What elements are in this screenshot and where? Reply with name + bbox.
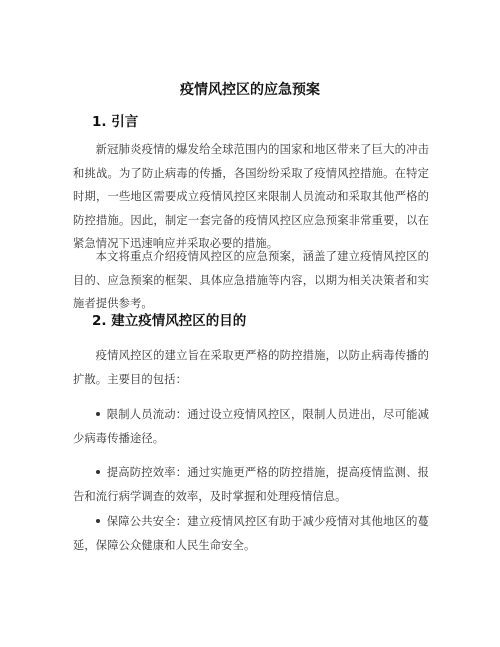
document-title: 疫情风控区的应急预案: [0, 79, 500, 99]
document-page: 疫情风控区的应急预案 1. 引言 新冠肺炎疫情的爆发给全球范围内的国家和地区带来…: [0, 0, 500, 647]
bullet-item: 限制人员流动：通过设立疫情风控区，限制人员进出，尽可能减少病毒传播途径。: [73, 403, 429, 450]
section-heading-introduction: 1. 引言: [92, 110, 138, 130]
bullet-item: 保障公共安全：建立疫情风控区有助于减少疫情对其他地区的蔓延，保障公众健康和人民生…: [73, 510, 429, 557]
bullet-text: 限制人员流动：通过设立疫情风控区，限制人员进出，尽可能减少病毒传播途径。: [73, 408, 429, 445]
bullet-icon: [96, 412, 100, 416]
bullet-icon: [96, 470, 100, 474]
paragraph-purpose: 疫情风控区的建立旨在采取更严格的防控措施，以防止病毒传播的扩散。主要目的包括：: [73, 344, 429, 391]
bullet-text: 提高防控效率：通过实施更严格的防控措施，提高疫情监测、报告和流行病学调查的效率，…: [73, 466, 429, 503]
section-heading-purpose: 2. 建立疫情风控区的目的: [92, 309, 246, 329]
bullet-item: 提高防控效率：通过实施更严格的防控措施，提高疫情监测、报告和流行病学调查的效率，…: [73, 461, 429, 508]
bullet-icon: [96, 519, 100, 523]
paragraph-intro-2: 本文将重点介绍疫情风控区的应急预案，涵盖了建立疫情风控区的目的、应急预案的框架、…: [73, 245, 429, 316]
paragraph-intro-1: 新冠肺炎疫情的爆发给全球范围内的国家和地区带来了巨大的冲击和挑战。为了防止病毒的…: [73, 138, 429, 256]
bullet-text: 保障公共安全：建立疫情风控区有助于减少疫情对其他地区的蔓延，保障公众健康和人民生…: [73, 515, 429, 552]
